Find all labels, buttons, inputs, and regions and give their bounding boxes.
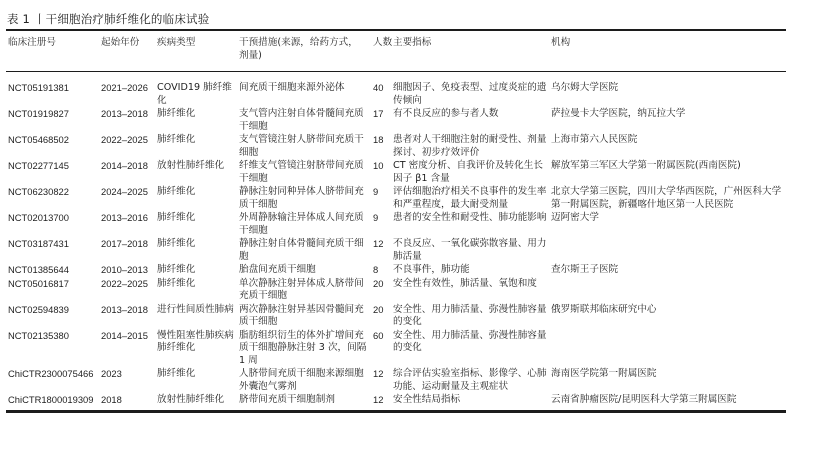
cell-institution [551,330,786,369]
cell-disease: 肺纤维化 [157,264,239,277]
table-row: NCT025948392013–2018进行性间质性肺病两次静脉注射异基因骨髓间… [6,304,786,330]
cell-n: 12 [373,394,393,407]
cell-start-year: 2023 [101,368,157,394]
cell-institution [551,238,786,264]
cell-n: 12 [373,368,393,394]
cell-registry: NCT06230822 [6,186,101,212]
cell-intervention: 静脉注射同种异体人脐带间充质干细胞 [239,186,373,212]
cell-outcomes: 患者的安全性和耐受性、肺功能影响 [393,212,551,238]
table-row: NCT013856442010–2013肺纤维化胎盘间充质干细胞8不良事件，肺功… [6,264,786,277]
cell-start-year: 2014–2018 [101,160,157,186]
cell-n: 17 [373,108,393,134]
table-caption: 表 1 丨干细胞治疗肺纤维化的临床试验 [7,11,209,27]
cell-n: 9 [373,186,393,212]
cell-institution: 迈阿密大学 [551,212,786,238]
cell-outcomes: 不良反应、一氧化碳弥散容量、用力肺活量 [393,238,551,264]
cell-institution: 乌尔姆大学医院 [551,72,786,108]
cell-intervention: 外周静脉输注异体成人间充质干细胞 [239,212,373,238]
cell-disease: 肺纤维化 [157,238,239,264]
cell-outcomes: 安全性、用力肺活量、弥漫性肺容量的变化 [393,304,551,330]
cell-start-year: 2018 [101,394,157,407]
cell-disease: 放射性肺纤维化 [157,160,239,186]
cell-institution [551,278,786,304]
cell-start-year: 2014–2015 [101,330,157,369]
cell-institution: 上海市第六人民医院 [551,134,786,160]
cell-outcomes: 有不良反应的参与者人数 [393,108,551,134]
cell-start-year: 2021–2026 [101,72,157,108]
cell-registry: NCT02013700 [6,212,101,238]
table-row: NCT022771452014–2018放射性肺纤维化纤维支气管镜注射脐带间充质… [6,160,786,186]
cell-outcomes: 安全性有效性，肺活量、氧饱和度 [393,278,551,304]
cell-start-year: 2013–2018 [101,304,157,330]
table-row: NCT019198272013–2018肺纤维化支气管内注射自体骨髓间充质干细胞… [6,108,786,134]
cell-intervention: 脂肪组织衍生的体外扩增间充质干细胞静脉注射 3 次，间隔 1 周 [239,330,373,369]
cell-disease: 肺纤维化 [157,186,239,212]
cell-disease: 肺纤维化 [157,368,239,394]
cell-institution: 俄罗斯联邦临床研究中心 [551,304,786,330]
header-intervention: 干预措施(来源，给药方式，剂量) [239,31,373,71]
cell-outcomes: CT 密度分析、自我评价及转化生长因子 β1 含量 [393,160,551,186]
cell-outcomes: 评估细胞治疗相关不良事件的发生率和严重程度，最大耐受剂量 [393,186,551,212]
cell-disease: 慢性阻塞性肺疾病肺纤维化 [157,330,239,369]
cell-institution: 海南医学院第一附属医院 [551,368,786,394]
header-n: 人数 [373,31,393,71]
cell-registry: ChiCTR2300075466 [6,368,101,394]
cell-outcomes: 患者对人干细胞注射的耐受性、剂量探讨、初步疗效评价 [393,134,551,160]
cell-start-year: 2013–2016 [101,212,157,238]
cell-n: 10 [373,160,393,186]
cell-n: 8 [373,264,393,277]
cell-registry: NCT05191381 [6,72,101,108]
cell-institution: 云南省肿瘤医院/昆明医科大学第三附属医院 [551,394,786,407]
cell-start-year: 2010–2013 [101,264,157,277]
cell-intervention: 脐带间充质干细胞制剂 [239,394,373,407]
table-row: ChiCTR18000193092018放射性肺纤维化脐带间充质干细胞制剂12安… [6,394,786,407]
cell-registry: NCT05016817 [6,278,101,304]
clinical-trials-table: 临床注册号 起始年份 疾病类型 干预措施(来源，给药方式，剂量) 人数 主要指标… [6,29,786,413]
cell-registry: NCT02277145 [6,160,101,186]
cell-outcomes: 细胞因子、免疫表型、过度炎症的遗传倾向 [393,72,551,108]
cell-registry: NCT02594839 [6,304,101,330]
cell-outcomes: 安全性结局指标 [393,394,551,407]
cell-registry: NCT05468502 [6,134,101,160]
cell-intervention: 间充质干细胞来源外泌体 [239,72,373,108]
cell-disease: 肺纤维化 [157,108,239,134]
cell-institution: 北京大学第三医院，四川大学华西医院，广州医科大学第一附属医院，新疆喀什地区第一人… [551,186,786,212]
table-row: NCT021353802014–2015慢性阻塞性肺疾病肺纤维化脂肪组织衍生的体… [6,330,786,369]
table-row: NCT031874312017–2018肺纤维化静脉注射自体骨髓间充质干细胞12… [6,238,786,264]
cell-start-year: 2013–2018 [101,108,157,134]
cell-n: 18 [373,134,393,160]
cell-outcomes: 不良事件，肺功能 [393,264,551,277]
header-disease: 疾病类型 [157,31,239,71]
table-row: NCT020137002013–2016肺纤维化外周静脉输注异体成人间充质干细胞… [6,212,786,238]
cell-disease: 肺纤维化 [157,212,239,238]
cell-start-year: 2017–2018 [101,238,157,264]
table-row: NCT062308222024–2025肺纤维化静脉注射同种异体人脐带间充质干细… [6,186,786,212]
cell-disease: 放射性肺纤维化 [157,394,239,407]
cell-institution: 查尔斯王子医院 [551,264,786,277]
table-row: NCT054685022022–2025肺纤维化支气管镜注射人脐带间充质干细胞1… [6,134,786,160]
cell-intervention: 静脉注射自体骨髓间充质干细胞 [239,238,373,264]
table-row: NCT050168172022–2025肺纤维化单次静脉注射异体成人脐带间充质干… [6,278,786,304]
cell-intervention: 支气管内注射自体骨髓间充质干细胞 [239,108,373,134]
cell-n: 40 [373,72,393,108]
cell-disease: 肺纤维化 [157,134,239,160]
cell-intervention: 纤维支气管镜注射脐带间充质干细胞 [239,160,373,186]
cell-registry: NCT03187431 [6,238,101,264]
cell-disease: 肺纤维化 [157,278,239,304]
cell-start-year: 2022–2025 [101,278,157,304]
table-row: ChiCTR23000754662023肺纤维化人脐带间充质干细胞来源细胞外囊泡… [6,368,786,394]
bottom-rule [6,410,786,413]
header-registry: 临床注册号 [6,31,101,71]
cell-registry: NCT01385644 [6,264,101,277]
cell-registry: NCT02135380 [6,330,101,369]
cell-institution: 解放军第三军区大学第一附属医院(西南医院) [551,160,786,186]
cell-intervention: 人脐带间充质干细胞来源细胞外囊泡气雾剂 [239,368,373,394]
header-institution: 机构 [551,31,786,71]
cell-n: 20 [373,278,393,304]
cell-disease: 进行性间质性肺病 [157,304,239,330]
cell-registry: NCT01919827 [6,108,101,134]
header-start-year: 起始年份 [101,31,157,71]
cell-n: 60 [373,330,393,369]
cell-start-year: 2024–2025 [101,186,157,212]
cell-intervention: 两次静脉注射异基因骨髓间充质干细胞 [239,304,373,330]
header-row: 临床注册号 起始年份 疾病类型 干预措施(来源，给药方式，剂量) 人数 主要指标… [6,31,786,71]
cell-outcomes: 安全性、用力肺活量、弥漫性肺容量的变化 [393,330,551,369]
cell-intervention: 支气管镜注射人脐带间充质干细胞 [239,134,373,160]
header-outcomes: 主要指标 [393,31,551,71]
cell-intervention: 单次静脉注射异体成人脐带间充质干细胞 [239,278,373,304]
cell-n: 9 [373,212,393,238]
cell-intervention: 胎盘间充质干细胞 [239,264,373,277]
cell-n: 12 [373,238,393,264]
cell-n: 20 [373,304,393,330]
cell-registry: ChiCTR1800019309 [6,394,101,407]
cell-start-year: 2022–2025 [101,134,157,160]
cell-disease: COVID19 肺纤维化 [157,72,239,108]
cell-outcomes: 综合评估实验室指标、影像学、心肺功能、运动耐量及主观症状 [393,368,551,394]
cell-institution: 萨拉曼卡大学医院，纳瓦拉大学 [551,108,786,134]
table-row: NCT051913812021–2026COVID19 肺纤维化间充质干细胞来源… [6,72,786,108]
